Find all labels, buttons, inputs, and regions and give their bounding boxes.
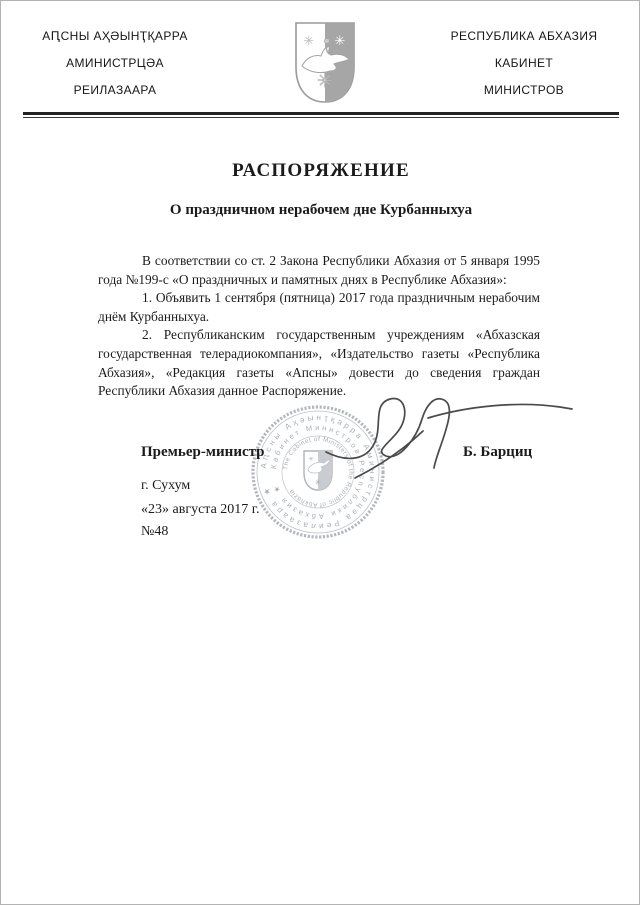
letterhead-abkhaz-line: РЕИЛАЗААРА	[31, 77, 199, 104]
svg-text:✳: ✳	[335, 34, 346, 49]
letterhead-divider	[23, 112, 619, 118]
document-subject: О праздничном нерабочем дне Курбанныхуа	[98, 199, 544, 221]
letterhead-russian-line: МИНИСТРОВ	[440, 77, 608, 104]
signer-position-label: Премьер-министр	[141, 444, 265, 461]
body-line: Абхазия», «Редакция газеты «Апсны» довес…	[98, 364, 540, 383]
svg-text:✳: ✳	[317, 70, 333, 92]
body-line: года №199-с «О праздничных и памятных дн…	[98, 271, 540, 290]
letterhead-russian: РЕСПУБЛИКА АБХАЗИЯ КАБИНЕТ МИНИСТРОВ	[440, 23, 608, 104]
letterhead-abkhaz-line: АМИНИСТРЦӘА	[31, 50, 199, 77]
body-line: В соответствии со ст. 2 Закона Республик…	[98, 252, 540, 271]
body-line: 1. Объявить 1 сентября (пятница) 2017 го…	[98, 289, 540, 308]
coat-of-arms-icon: ✳ ✳ ✳	[293, 21, 357, 105]
scanned-decree-page: АԤСНЫ АҲӘЫНҬҚАРРА АМИНИСТРЦӘА РЕИЛАЗААРА…	[0, 0, 640, 905]
document-title: РАСПОРЯЖЕНИЕ	[98, 159, 544, 183]
body-line: 2. Республиканским государственным учреж…	[98, 326, 540, 345]
city-line: г. Сухум	[141, 478, 190, 494]
letterhead-abkhaz-line: АԤСНЫ АҲӘЫНҬҚАРРА	[31, 23, 199, 50]
svg-text:✳: ✳	[304, 34, 315, 49]
signer-name: Б. Барциц	[463, 444, 532, 461]
letterhead-russian-line: КАБИНЕТ	[440, 50, 608, 77]
letterhead-abkhaz: АԤСНЫ АҲӘЫНҬҚАРРА АМИНИСТРЦӘА РЕИЛАЗААРА	[31, 23, 199, 104]
handwritten-signature	[304, 390, 582, 488]
body-line: государственная телерадиокомпания», «Изд…	[98, 345, 540, 364]
letterhead-russian-line: РЕСПУБЛИКА АБХАЗИЯ	[440, 23, 608, 50]
document-number: №48	[141, 524, 168, 540]
date-line: «23» августа 2017 г.	[141, 502, 259, 518]
body-line: днём Курбанныхуа.	[98, 308, 540, 327]
document-body: В соответствии со ст. 2 Закона Республик…	[98, 233, 540, 401]
